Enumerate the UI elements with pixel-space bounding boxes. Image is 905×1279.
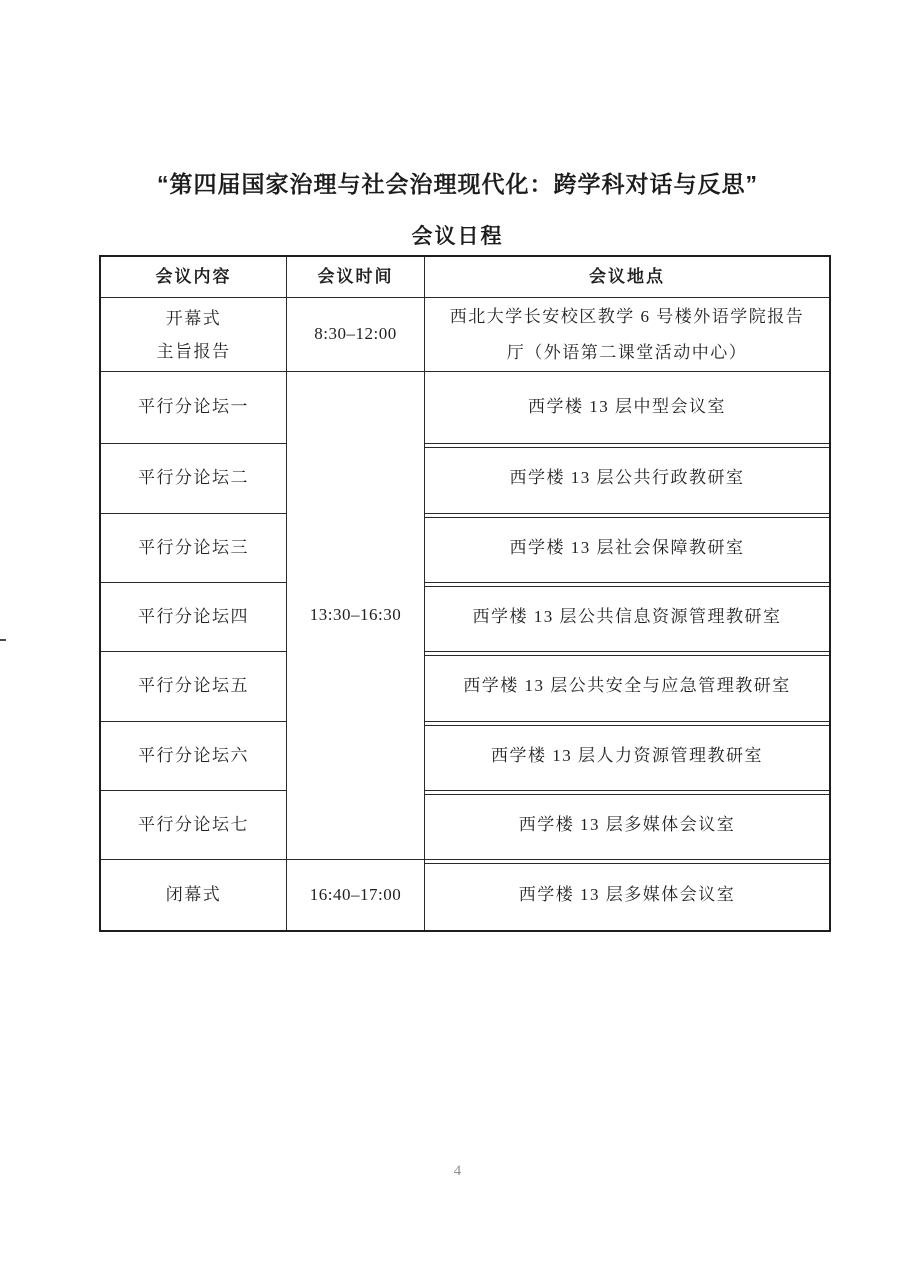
document-page: “第四届国家治理与社会治理现代化：跨学科对话与反思” 会议日程 会议内容 开幕式… [0,0,905,1279]
forum-1-cell: 平行分论坛一 [101,372,287,444]
location-forum-4-cell: 西学楼 13 层公共信息资源管理教研室 [425,583,829,652]
forum-3-cell: 平行分论坛三 [101,514,287,583]
forum-5-cell: 平行分论坛五 [101,652,287,722]
location-forum-5-cell: 西学楼 13 层公共安全与应急管理教研室 [425,652,829,722]
location-opening-line2: 厅（外语第二课堂活动中心） [507,335,748,371]
column-meeting-location: 会议地点 西北大学长安校区教学 6 号楼外语学院报告 厅（外语第二课堂活动中心）… [425,257,829,930]
header-cell-content: 会议内容 [101,257,287,298]
time-afternoon-merged-cell: 13:30–16:30 [287,372,425,860]
location-forum-7-cell: 西学楼 13 层多媒体会议室 [425,791,829,860]
location-opening-line1: 西北大学长安校区教学 6 号楼外语学院报告 [450,299,805,335]
location-forum-1-cell: 西学楼 13 层中型会议室 [425,372,829,444]
forum-6-cell: 平行分论坛六 [101,722,287,791]
location-forum-6-cell: 西学楼 13 层人力资源管理教研室 [425,722,829,791]
column-meeting-content: 会议内容 开幕式 主旨报告 平行分论坛一 平行分论坛二 平行分论坛三 平行分论坛… [101,257,287,930]
page-number: 4 [10,1163,905,1180]
location-closing-cell: 西学楼 13 层多媒体会议室 [425,860,829,930]
schedule-heading: 会议日程 [10,220,905,250]
header-cell-location: 会议地点 [425,257,829,298]
scan-artifact-dash [0,639,6,641]
forum-2-cell: 平行分论坛二 [101,444,287,514]
header-cell-time: 会议时间 [287,257,425,298]
schedule-table: 会议内容 开幕式 主旨报告 平行分论坛一 平行分论坛二 平行分论坛三 平行分论坛… [99,255,831,932]
opening-ceremony-cell: 开幕式 主旨报告 [101,298,287,372]
location-forum-3-cell: 西学楼 13 层社会保障教研室 [425,514,829,583]
location-forum-2-cell: 西学楼 13 层公共行政教研室 [425,444,829,514]
opening-ceremony-line1: 开幕式 [166,302,222,335]
column-meeting-time: 会议时间 8:30–12:00 13:30–16:30 16:40–17:00 [287,257,425,930]
closing-ceremony-cell: 闭幕式 [101,860,287,930]
forum-7-cell: 平行分论坛七 [101,791,287,860]
forum-4-cell: 平行分论坛四 [101,583,287,652]
conference-title: “第四届国家治理与社会治理现代化：跨学科对话与反思” [10,166,905,199]
location-opening-cell: 西北大学长安校区教学 6 号楼外语学院报告 厅（外语第二课堂活动中心） [425,298,829,372]
time-morning-cell: 8:30–12:00 [287,298,425,372]
time-closing-cell: 16:40–17:00 [287,860,425,930]
keynote-report-line2: 主旨报告 [157,335,231,368]
